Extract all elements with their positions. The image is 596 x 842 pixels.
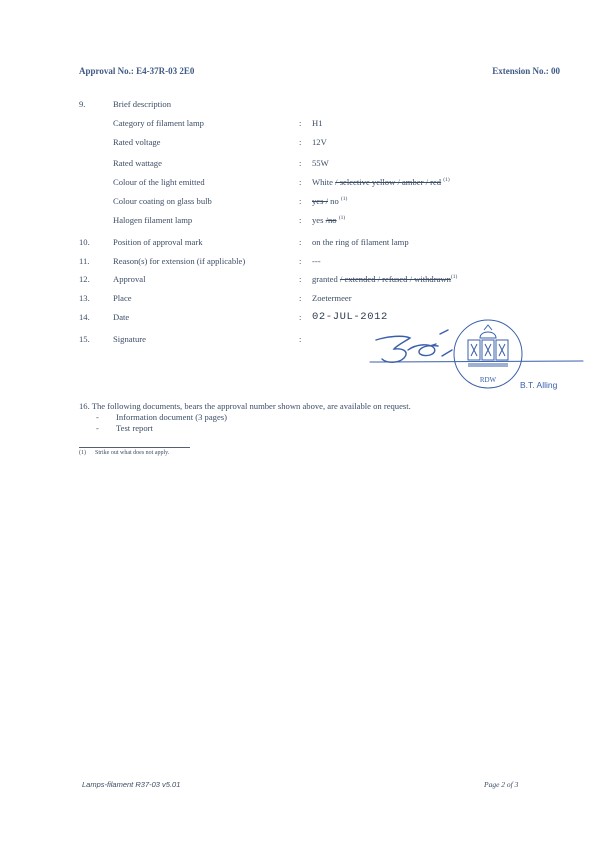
document-name: Test report (116, 423, 153, 433)
footnote-text: Strike out what does not apply. (95, 450, 169, 456)
item-number: 14. (79, 312, 90, 322)
item-value: --- (312, 256, 321, 266)
field-label: Colour coating on glass bulb (113, 196, 212, 206)
signer-name: B.T. Alling (520, 380, 557, 390)
signature-scribble-icon (370, 330, 583, 362)
field-label: Category of filament lamp (113, 118, 204, 128)
footnote-number: (1) (79, 450, 95, 456)
item-value: granted / extended / refused / withdrawn… (312, 274, 457, 284)
field-value: White / selective yellow / amber / red (… (312, 177, 450, 187)
footnote-divider (79, 447, 190, 448)
item-11: 11. Reason(s) for extension (if applicab… (0, 256, 596, 270)
colon: : (299, 215, 301, 225)
field-value: 55W (312, 158, 329, 168)
footnote-ref: (1) (451, 274, 457, 280)
item-number: 9. (79, 99, 85, 109)
field-value: yes / no (1) (312, 196, 347, 206)
colon: : (299, 293, 301, 303)
footer-document-id: Lamps-filament R37-03 v5.01 (82, 780, 180, 789)
item-label: Date (113, 312, 129, 322)
item-number: 13. (79, 293, 90, 303)
struck-options: / selective yellow / amber / red (335, 177, 441, 187)
footnote-ref: (1) (341, 196, 347, 202)
colon: : (299, 334, 301, 344)
field-rated-voltage: Rated voltage : 12V (0, 137, 596, 151)
field-label: Halogen filament lamp (113, 215, 192, 225)
struck-options: /no (326, 215, 337, 225)
kept-option: granted (312, 274, 338, 284)
colon: : (299, 137, 301, 147)
field-label: Rated voltage (113, 137, 161, 147)
item-label: Signature (113, 334, 146, 344)
colon: : (299, 118, 301, 128)
field-value: 12V (312, 137, 327, 147)
colon: : (299, 177, 301, 187)
colon: : (299, 274, 301, 284)
item-label: Place (113, 293, 132, 303)
colon: : (299, 237, 301, 247)
footnote-ref: (1) (443, 177, 449, 183)
struck-options: / extended / refused / withdrawn (340, 274, 451, 284)
footnote-ref: (1) (339, 215, 345, 221)
item-value: Zoetermeer (312, 293, 352, 303)
field-light-colour: Colour of the light emitted : White / se… (0, 177, 596, 191)
field-value: yes /no (1) (312, 215, 345, 225)
colon: : (299, 158, 301, 168)
stamp-label: RDW (480, 376, 497, 384)
section-9-heading: 9. Brief description (0, 99, 596, 113)
item-label: Brief description (113, 99, 171, 109)
item-12: 12. Approval : granted / extended / refu… (0, 274, 596, 288)
bullet: - (96, 412, 116, 422)
item-number: 11. (79, 256, 89, 266)
item-10: 10. Position of approval mark : on the r… (0, 237, 596, 251)
item-13: 13. Place : Zoetermeer (0, 293, 596, 307)
colon: : (299, 196, 301, 206)
document-item: -Test report (96, 423, 153, 433)
field-category: Category of filament lamp : H1 (0, 118, 596, 132)
item-number: 15. (79, 334, 90, 344)
item-value: on the ring of filament lamp (312, 237, 409, 247)
item-number: 12. (79, 274, 90, 284)
page-number: Page 2 of 3 (484, 780, 518, 789)
footnote: (1)Strike out what does not apply. (79, 450, 169, 456)
field-label: Colour of the light emitted (113, 177, 205, 187)
struck-options: yes / (312, 196, 328, 206)
field-halogen: Halogen filament lamp : yes /no (1) (0, 215, 596, 229)
kept-option: yes (312, 215, 323, 225)
kept-option: White (312, 177, 333, 187)
field-rated-wattage: Rated wattage : 55W (0, 158, 596, 172)
colon: : (299, 312, 301, 322)
bullet: - (96, 423, 116, 433)
extension-number: Extension No.: 00 (492, 66, 560, 76)
section-16-text: 16. The following documents, bears the a… (79, 401, 411, 411)
item-label: Reason(s) for extension (if applicable) (113, 256, 245, 266)
field-colour-coating: Colour coating on glass bulb : yes / no … (0, 196, 596, 210)
field-value: H1 (312, 118, 323, 128)
document-name: Information document (3 pages) (116, 412, 227, 422)
colon: : (299, 256, 301, 266)
kept-option: no (330, 196, 339, 206)
item-number: 10. (79, 237, 90, 247)
field-label: Rated wattage (113, 158, 162, 168)
item-label: Position of approval mark (113, 237, 203, 247)
approval-number: Approval No.: E4-37R-03 2E0 (79, 66, 194, 76)
document-item: -Information document (3 pages) (96, 412, 227, 422)
item-label: Approval (113, 274, 145, 284)
